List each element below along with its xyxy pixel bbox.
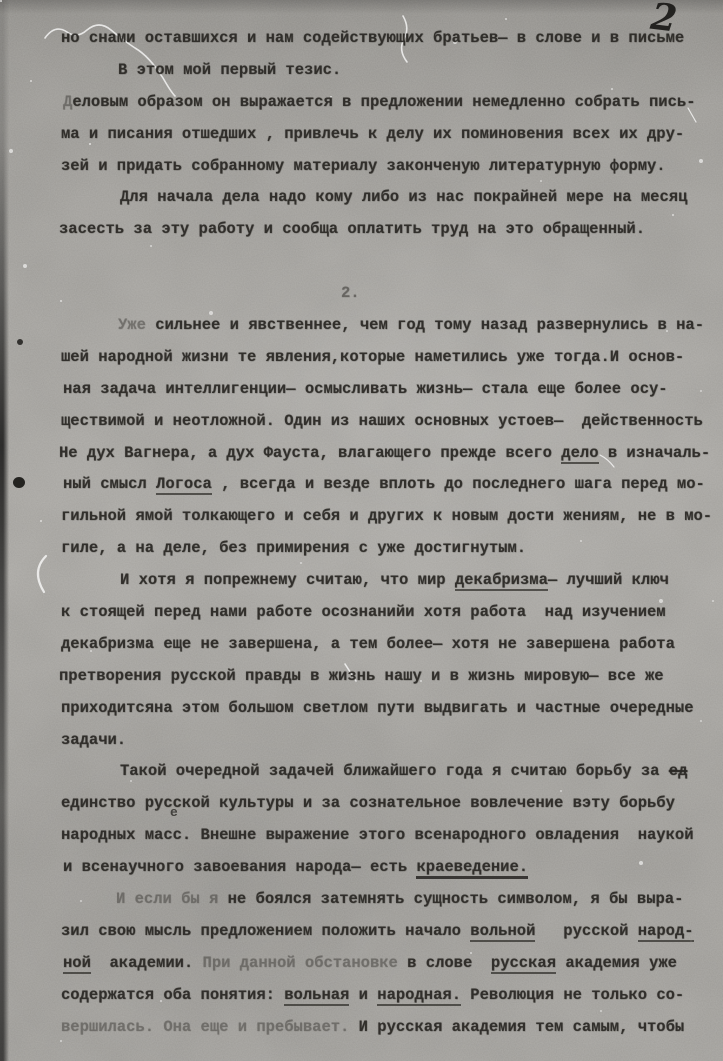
text-segment: содержатся оба понятия: [61,986,284,1004]
text-segment: И если бы я [116,890,218,908]
text-line: В этом мой первый тезис. [61,55,716,87]
underlined-text: Логоса [156,475,212,495]
text-segment: ная задача интеллигенции— осмысливать жи… [63,380,668,398]
text-segment: в слове [398,954,491,972]
typed-correction-char: е [170,805,178,820]
text-line: и всенаучного завоевания народа— есть кр… [63,852,716,884]
text-line: Такой очередной задачей ближайшего года … [63,756,716,788]
text-segment: зил свою мысль предложением положить нач… [61,922,470,940]
text-segment: ществимой и неотложной. Один из наших ос… [61,412,703,430]
text-segment: не боялся затемнять сущность символом, я… [218,890,683,908]
text-line: зил свою мысль предложением положить нач… [61,916,716,948]
text-segment: шей народной жизни те явления,которые на… [61,348,684,366]
text-line: шей народной жизни те явления,которые на… [61,342,716,374]
text-line: Не дух Вагнера, а дух Фауста, влагающего… [59,438,716,470]
text-line: И хотя я попрежнему считаю, что мир дека… [63,565,716,597]
text-line: претворения русской правды в жизнь нашу … [59,661,716,693]
text-segment: , всегда и везде вплоть до последнего ша… [212,475,705,493]
text-segment: При данной обстановке [203,954,398,972]
underlined-text: народная. [377,986,461,1006]
text-segment: зей и придать собранному материалу закон… [61,157,666,175]
text-segment: еловым образом он выражается в предложен… [72,93,695,111]
scanned-page: 2 но снами оставшихся и нам содействующи… [0,0,723,1061]
text-line: И если бы я не боялся затемнять сущность… [59,884,716,916]
underlined-text: русская [491,954,556,974]
text-segment: академии. [91,954,203,972]
text-line: ма и писания отшедших , привлечь к делу … [61,119,716,151]
text-line: декабризма еще не завершена, а тем более… [61,629,716,661]
text-line: Деловым образом он выражается в предложе… [63,87,716,119]
text-segment: ма и писания отшедших , привлечь к делу … [61,125,684,143]
scan-left-edge-shadow [0,0,9,1061]
dust-speckles [0,0,2,2]
text-line: содержатся оба понятия: вольная и народн… [61,980,716,1012]
text-line: ный смысл Логоса , всегда и везде вплоть… [63,469,716,501]
text-line: к стоящей перед нами работе осознанийи х… [61,597,716,629]
text-line: Уже сильнее и явственнее, чем год тому н… [61,310,716,342]
text-line: приходитсяна этом большом светлом пути в… [61,693,716,725]
ink-blot [17,339,23,345]
text-segment: ный смысл [63,475,156,493]
text-segment: И хотя я попрежнему считаю, что мир [120,571,455,589]
underlined-text: народ- [638,922,694,942]
text-segment: гиле, а на деле, без примирения с уже до… [61,539,526,557]
text-segment: единство русской культуры и за сознатель… [61,794,675,812]
text-segment: ед [669,762,688,780]
text-line: вершилась. Она еще и пребывает. И русска… [61,1012,716,1044]
text-line: Для начала дела надо кому либо из нас по… [63,182,716,214]
section-number: 2. [63,278,716,310]
text-line: но снами оставшихся и нам содействующих … [61,23,716,55]
text-segment: декабризма еще не завершена, а тем более… [61,635,675,653]
ink-blot [13,477,25,488]
text-line: ная задача интеллигенции— осмысливать жи… [63,374,716,406]
text-segment: 2. [341,284,360,302]
text-segment: — лучший ключ [548,571,669,589]
text-segment: и всенаучного завоевания народа— есть [63,858,416,876]
text-segment: и [349,986,377,1004]
underlined-text: дело [561,444,598,464]
underlined-text: вольная [284,986,349,1006]
text-line: гиле, а на деле, без примирения с уже до… [61,533,716,565]
text-segment: В этом мой первый тезис. [118,61,341,79]
text-segment: задачи. [61,731,126,749]
text-segment: академия уже [556,954,677,972]
text-segment: русской [535,922,637,940]
text-segment: Д [63,93,72,111]
text-line: зей и придать собранному материалу закон… [61,151,716,183]
underlined-text: ной [63,954,91,974]
text-segment: Такой очередной задачей ближайшего года … [120,762,669,780]
text-segment: Не дух Вагнера, а дух Фауста, влагающего… [59,444,561,462]
text-segment: Революция не только со- [461,986,684,1004]
text-line: ной академии. При данной обстановке в сл… [63,948,716,980]
text-line: гильной ямой толкающего и себя и других … [61,501,716,533]
underlined-text: вольной [470,922,535,942]
text-segment: Для начала дела надо кому либо из нас по… [120,188,687,206]
text-segment: Уже [118,316,146,334]
text-segment: к стоящей перед нами работе осознанийи х… [61,603,666,621]
scan-top-shadow [0,0,723,14]
text-segment: И русская академия тем самым, чтобы [349,1018,684,1036]
underlined-text: краеведение. [416,858,528,879]
text-segment: в изначаль- [599,444,711,462]
typewritten-text-block: но снами оставшихся и нам содействующих … [61,23,716,1044]
text-line: засесть за эту работу и сообща оплатить … [59,214,716,246]
text-line: единство русской культуры и за сознатель… [61,788,716,820]
text-segment: народных масс. Внешне выражение этого вс… [61,826,694,844]
text-segment: гильной ямой толкающего и себя и других … [61,507,712,525]
text-line: задачи. [61,725,716,757]
text-segment: вершилась. Она еще и пребывает. [61,1018,349,1036]
text-segment: претворения русской правды в жизнь нашу … [59,667,664,685]
text-line: народных масс. Внешне выражение этого вс… [61,820,716,852]
blank-line [61,246,716,278]
text-segment: сильнее и явственнее, чем год тому назад… [146,316,704,334]
underlined-text: декабризма [455,571,548,591]
text-segment: приходитсяна этом большом светлом пути в… [61,699,694,717]
text-segment: но снами оставшихся и нам содействующих … [61,29,684,47]
text-segment: засесть за эту работу и сообща оплатить … [59,220,645,238]
text-line: ществимой и неотложной. Один из наших ос… [61,406,716,438]
